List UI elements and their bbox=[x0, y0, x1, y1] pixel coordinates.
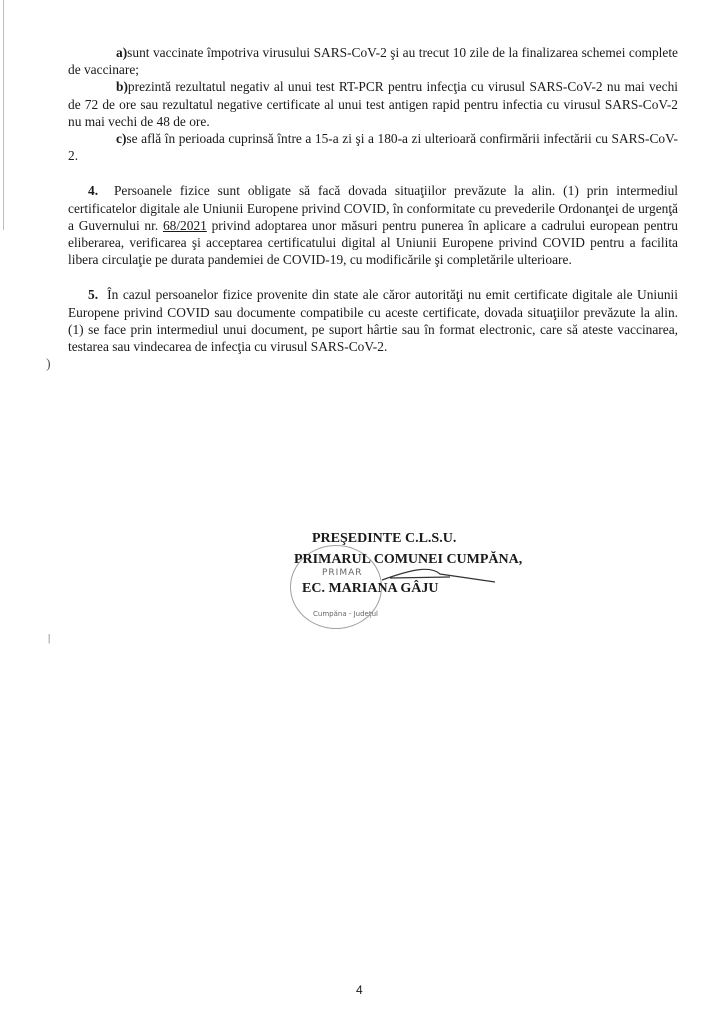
item-text: În cazul persoanelor fizice provenite di… bbox=[68, 287, 678, 354]
stamp-ring-text: Cumpăna - Judeţul bbox=[313, 610, 378, 618]
signature-role: PRIMARUL COMUNEI CUMPĂNA, bbox=[260, 549, 530, 570]
item-label: c) bbox=[116, 131, 126, 146]
scan-mark: | bbox=[48, 632, 50, 644]
item-text: prezintă rezultatul negativ al unui test… bbox=[68, 79, 678, 128]
item-label: b) bbox=[116, 79, 128, 94]
page-number: 4 bbox=[356, 983, 363, 997]
item-text: privind adoptarea unor măsuri pentru pun… bbox=[68, 218, 678, 267]
paragraph-4: 4. Persoanele fizice sunt obligate să fa… bbox=[68, 182, 678, 268]
scan-mark: ) bbox=[46, 357, 51, 373]
paragraph-5: 5. În cazul persoanelor fizice provenite… bbox=[68, 286, 678, 355]
ordinance-reference: 68/2021 bbox=[163, 218, 207, 233]
paragraph-c: c)se află în perioada cuprinsă între a 1… bbox=[68, 130, 678, 164]
item-text: sunt vaccinate împotriva virusului SARS-… bbox=[68, 45, 678, 77]
document-body: a)sunt vaccinate împotriva virusului SAR… bbox=[68, 44, 678, 355]
signature-block: PREŞEDINTE C.L.S.U. PRIMARUL COMUNEI CUM… bbox=[260, 528, 530, 599]
signatory-name: EC. MARIANA GÂJU bbox=[260, 578, 530, 599]
scan-edge-line bbox=[3, 0, 4, 230]
paragraph-b: b)prezintă rezultatul negativ al unui te… bbox=[68, 78, 678, 130]
item-label: a) bbox=[116, 45, 127, 60]
paragraph-a: a)sunt vaccinate împotriva virusului SAR… bbox=[68, 44, 678, 78]
item-number: 4. bbox=[88, 183, 98, 198]
signature-title: PREŞEDINTE C.L.S.U. bbox=[260, 528, 530, 549]
item-text: se află în perioada cuprinsă între a 15-… bbox=[68, 131, 678, 163]
item-number: 5. bbox=[88, 287, 98, 302]
